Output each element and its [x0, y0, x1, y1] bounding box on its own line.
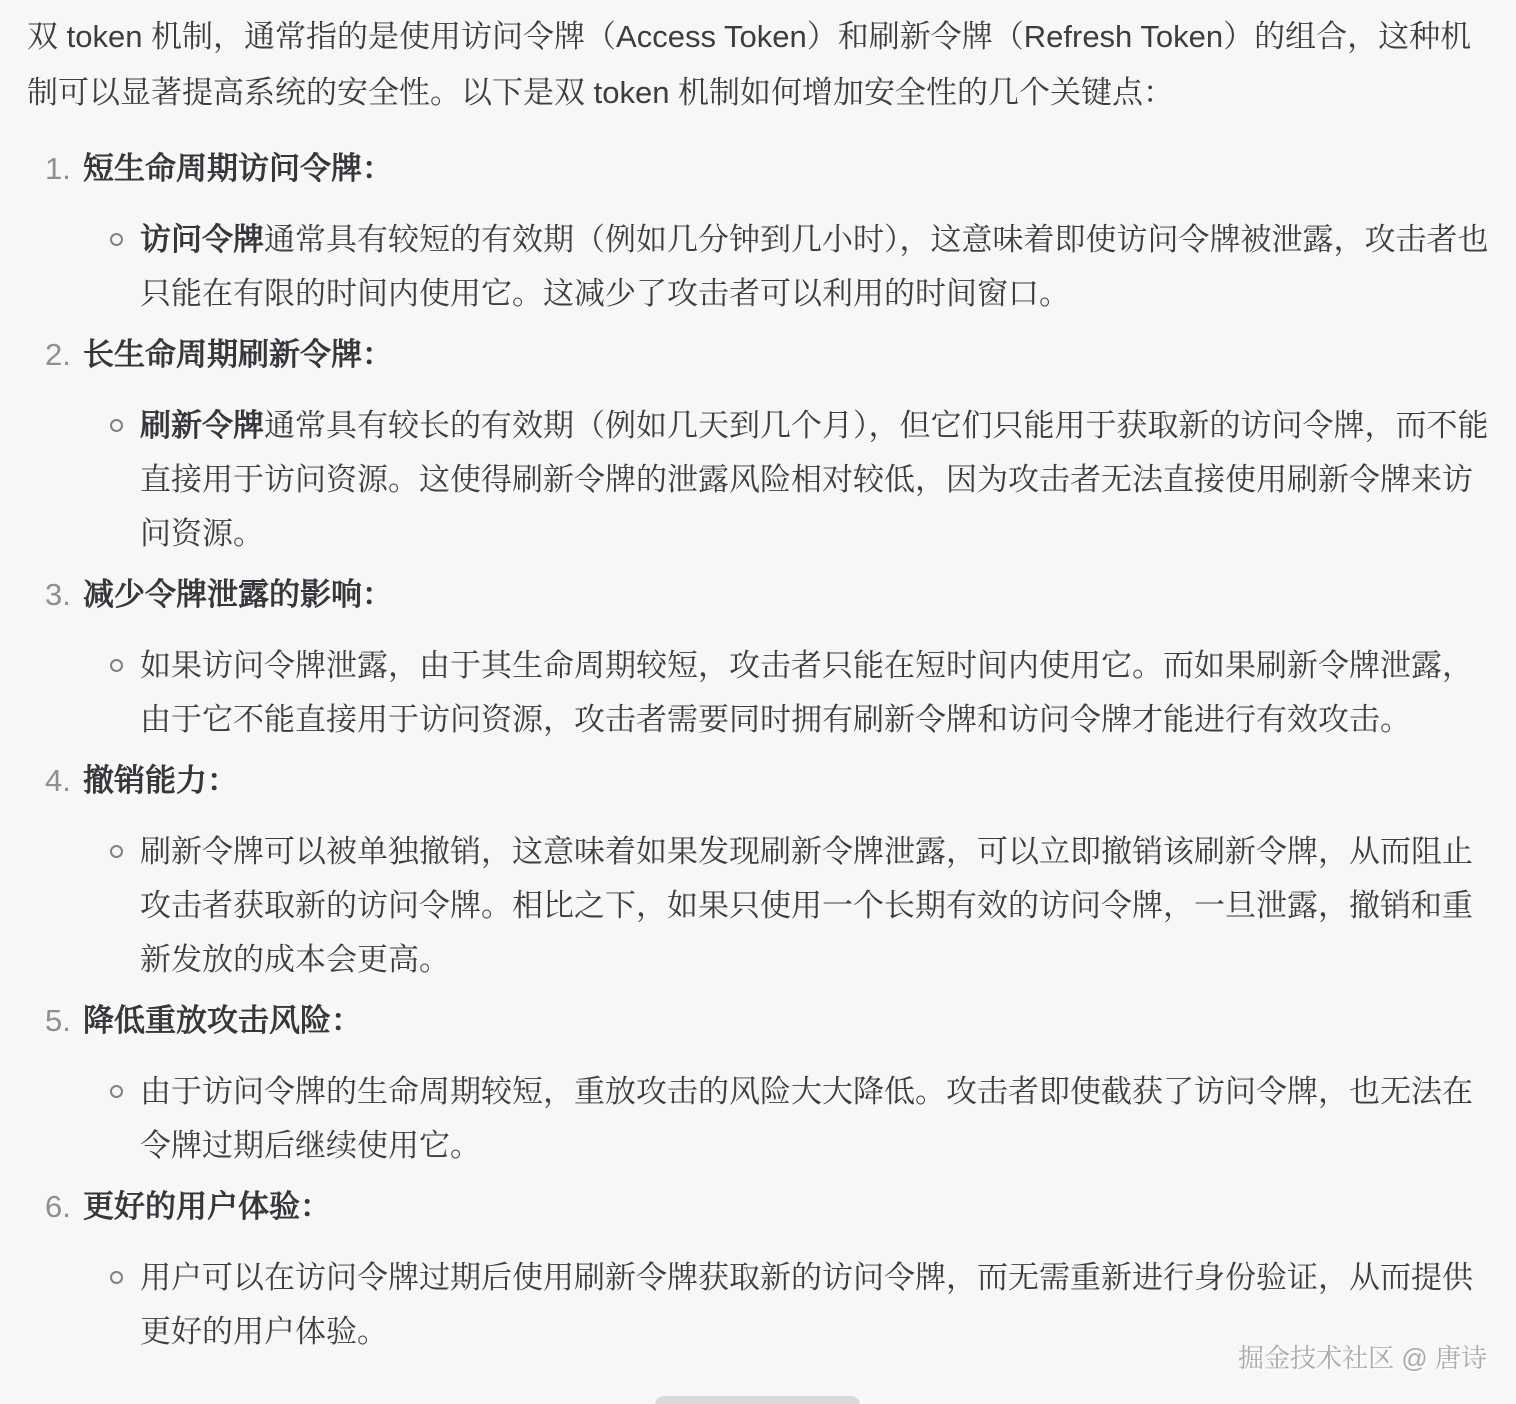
- bullet-body-text: 用户可以在访问令牌过期后使用刷新令牌获取新的访问令牌，而无需重新进行身份验证，从…: [140, 1260, 1473, 1349]
- circle-bullet-icon: [110, 233, 123, 246]
- list-number: 5.: [45, 994, 75, 1048]
- circle-bullet-icon: [110, 1085, 123, 1098]
- sub-bullet-text: 访问令牌通常具有较短的有效期（例如几分钟到几小时），这意味着即使访问令牌被泄露，…: [140, 213, 1490, 321]
- intro-paragraph: 双 token 机制，通常指的是使用访问令牌（Access Token）和刷新令…: [27, 9, 1490, 121]
- circle-bullet-icon: [110, 845, 123, 858]
- list-item-title: 降低重放攻击风险：: [83, 994, 362, 1048]
- sub-bullet-text: 由于访问令牌的生命周期较短，重放攻击的风险大大降低。攻击者即使截获了访问令牌，也…: [140, 1065, 1490, 1173]
- bullet-body-text: 通常具有较长的有效期（例如几天到几个月），但它们只能用于获取新的访问令牌，而不能…: [140, 408, 1489, 551]
- list-item-heading: 2. 长生命周期刷新令牌：: [27, 328, 1490, 382]
- list-item-title: 减少令牌泄露的影响：: [83, 568, 393, 622]
- list-item-heading: 1. 短生命周期访问令牌：: [27, 142, 1490, 196]
- circle-bullet-icon: [110, 659, 123, 672]
- list-item: 6. 更好的用户体验： 用户可以在访问令牌过期后使用刷新令牌获取新的访问令牌，而…: [27, 1180, 1490, 1359]
- list-item: 1. 短生命周期访问令牌： 访问令牌通常具有较短的有效期（例如几分钟到几小时），…: [27, 142, 1490, 321]
- list-number: 6.: [45, 1180, 75, 1234]
- list-number: 4.: [45, 754, 75, 808]
- sub-bullet: 刷新令牌可以被单独撤销，这意味着如果发现刷新令牌泄露，可以立即撤销该刷新令牌，从…: [27, 825, 1490, 987]
- list-item: 5. 降低重放攻击风险： 由于访问令牌的生命周期较短，重放攻击的风险大大降低。攻…: [27, 994, 1490, 1173]
- list-item-title: 长生命周期刷新令牌：: [83, 328, 393, 382]
- article-body: 双 token 机制，通常指的是使用访问令牌（Access Token）和刷新令…: [0, 0, 1516, 1359]
- list-item-heading: 4. 撤销能力：: [27, 754, 1490, 808]
- list-item-title: 撤销能力：: [83, 754, 238, 808]
- list-item: 3. 减少令牌泄露的影响： 如果访问令牌泄露，由于其生命周期较短，攻击者只能在短…: [27, 568, 1490, 747]
- cutoff-bottom-button[interactable]: [655, 1396, 860, 1404]
- list-item-title: 更好的用户体验：: [83, 1180, 331, 1234]
- bullet-body-text: 由于访问令牌的生命周期较短，重放攻击的风险大大降低。攻击者即使截获了访问令牌，也…: [140, 1074, 1473, 1163]
- list-item: 4. 撤销能力： 刷新令牌可以被单独撤销，这意味着如果发现刷新令牌泄露，可以立即…: [27, 754, 1490, 987]
- list-item: 2. 长生命周期刷新令牌： 刷新令牌通常具有较长的有效期（例如几天到几个月），但…: [27, 328, 1490, 561]
- bullet-body-text: 刷新令牌可以被单独撤销，这意味着如果发现刷新令牌泄露，可以立即撤销该刷新令牌，从…: [140, 834, 1473, 977]
- circle-bullet-icon: [110, 1271, 123, 1284]
- sub-bullet: 由于访问令牌的生命周期较短，重放攻击的风险大大降低。攻击者即使截获了访问令牌，也…: [27, 1065, 1490, 1173]
- bullet-bold-lead: 刷新令牌: [140, 408, 264, 443]
- list-item-title: 短生命周期访问令牌：: [83, 142, 393, 196]
- bullet-bold-lead: 访问令牌: [140, 222, 264, 257]
- sub-bullet-text: 刷新令牌通常具有较长的有效期（例如几天到几个月），但它们只能用于获取新的访问令牌…: [140, 399, 1490, 561]
- list-item-heading: 5. 降低重放攻击风险：: [27, 994, 1490, 1048]
- sub-bullet-text: 刷新令牌可以被单独撤销，这意味着如果发现刷新令牌泄露，可以立即撤销该刷新令牌，从…: [140, 825, 1490, 987]
- sub-bullet: 刷新令牌通常具有较长的有效期（例如几天到几个月），但它们只能用于获取新的访问令牌…: [27, 399, 1490, 561]
- list-number: 2.: [45, 328, 75, 382]
- list-number: 3.: [45, 568, 75, 622]
- list-item-heading: 6. 更好的用户体验：: [27, 1180, 1490, 1234]
- list-number: 1.: [45, 142, 75, 196]
- key-points-list: 1. 短生命周期访问令牌： 访问令牌通常具有较短的有效期（例如几分钟到几小时），…: [27, 142, 1490, 1359]
- bullet-body-text: 如果访问令牌泄露，由于其生命周期较短，攻击者只能在短时间内使用它。而如果刷新令牌…: [140, 648, 1473, 737]
- watermark: 掘金技术社区 @ 唐诗: [1238, 1338, 1487, 1375]
- list-item-heading: 3. 减少令牌泄露的影响：: [27, 568, 1490, 622]
- sub-bullet-text: 如果访问令牌泄露，由于其生命周期较短，攻击者只能在短时间内使用它。而如果刷新令牌…: [140, 639, 1490, 747]
- sub-bullet: 如果访问令牌泄露，由于其生命周期较短，攻击者只能在短时间内使用它。而如果刷新令牌…: [27, 639, 1490, 747]
- sub-bullet: 访问令牌通常具有较短的有效期（例如几分钟到几小时），这意味着即使访问令牌被泄露，…: [27, 213, 1490, 321]
- circle-bullet-icon: [110, 419, 123, 432]
- bullet-body-text: 通常具有较短的有效期（例如几分钟到几小时），这意味着即使访问令牌被泄露，攻击者也…: [140, 222, 1489, 311]
